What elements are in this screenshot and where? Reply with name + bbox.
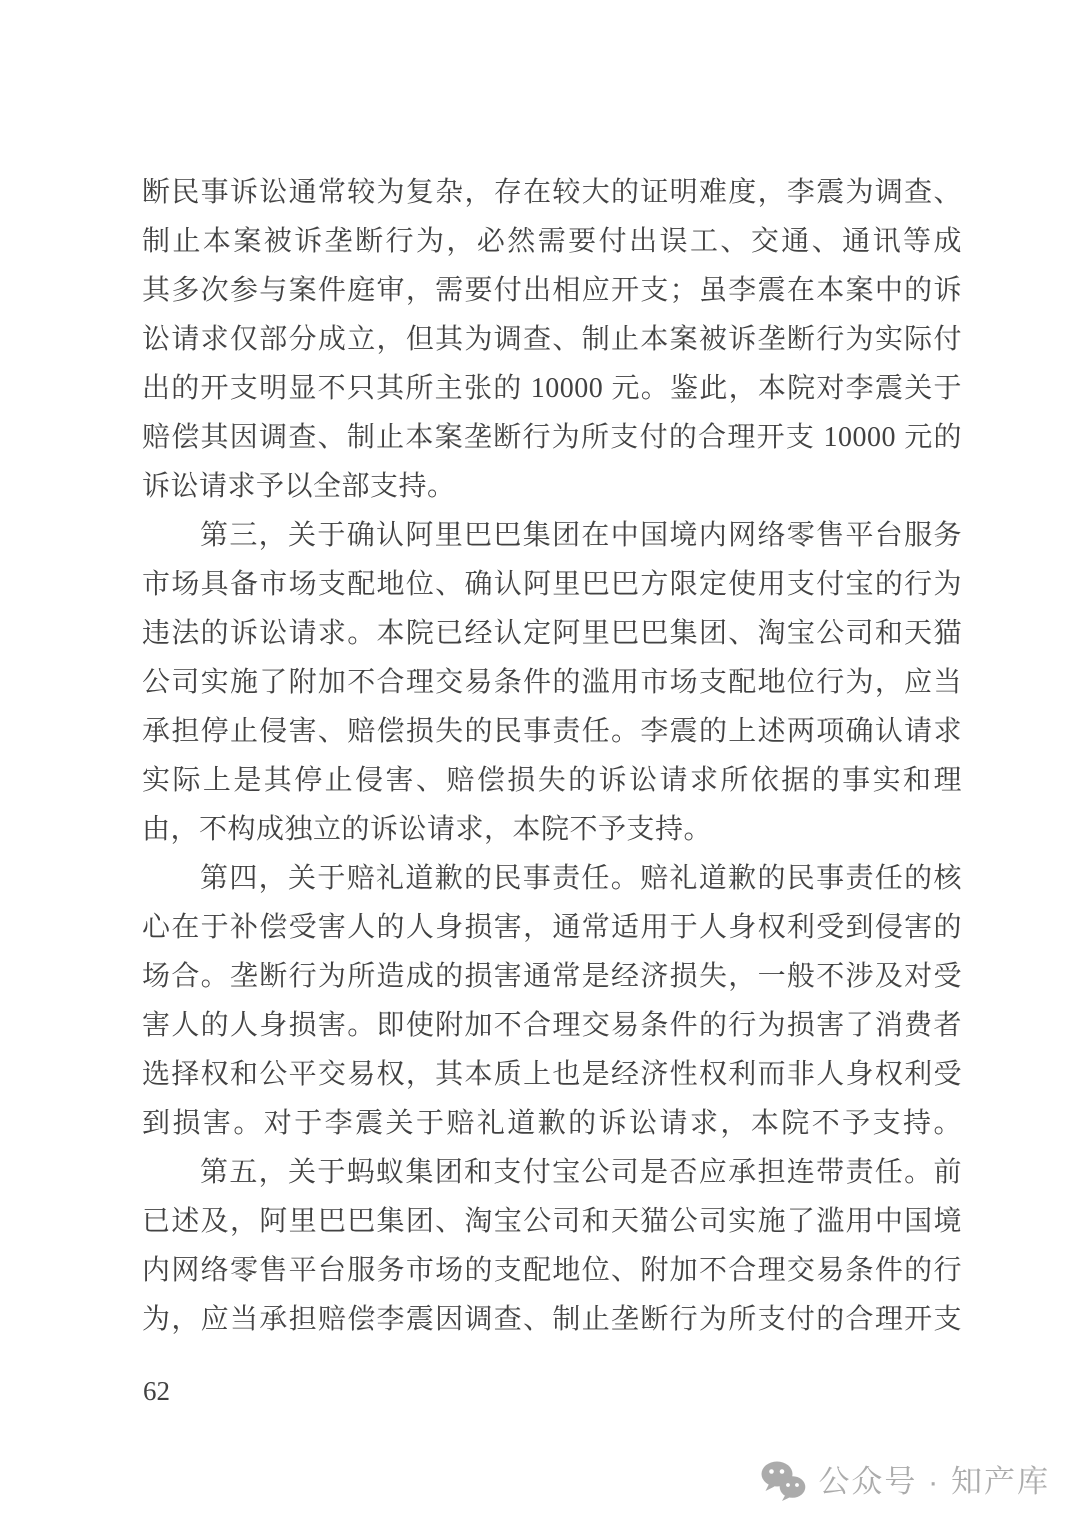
- page-number: 62: [143, 1375, 170, 1407]
- text-line: 为，应当承担赔偿李震因调查、制止垄断行为所支付的合理开支: [142, 1295, 962, 1344]
- document-page: 断民事诉讼通常较为复杂，存在较大的证明难度，李震为调查、 制止本案被诉垄断行为，…: [0, 0, 1080, 1527]
- text-line: 第四，关于赔礼道歉的民事责任。赔礼道歉的民事责任的核: [142, 854, 962, 903]
- text-line: 已述及，阿里巴巴集团、淘宝公司和天猫公司实施了滥用中国境: [142, 1197, 962, 1246]
- text-line: 内网络零售平台服务市场的支配地位、附加不合理交易条件的行: [142, 1246, 962, 1295]
- paragraph-continuation: 断民事诉讼通常较为复杂，存在较大的证明难度，李震为调查、 制止本案被诉垄断行为，…: [142, 168, 962, 511]
- text-line: 市场具备市场支配地位、确认阿里巴巴方限定使用支付宝的行为: [142, 560, 962, 609]
- text-line: 断民事诉讼通常较为复杂，存在较大的证明难度，李震为调查、: [142, 168, 962, 217]
- paragraph-fourth-point: 第四，关于赔礼道歉的民事责任。赔礼道歉的民事责任的核 心在于补偿受害人的人身损害…: [142, 854, 962, 1148]
- text-line: 选择权和公平交易权，其本质上也是经济性权利而非人身权利受: [142, 1050, 962, 1099]
- text-line: 公司实施了附加不合理交易条件的滥用市场支配地位行为，应当: [142, 658, 962, 707]
- text-line: 违法的诉讼请求。本院已经认定阿里巴巴集团、淘宝公司和天猫: [142, 609, 962, 658]
- text-line: 到损害。对于李震关于赔礼道歉的诉讼请求，本院不予支持。: [142, 1099, 962, 1148]
- text-line: 心在于补偿受害人的人身损害，通常适用于人身权利受到侵害的: [142, 903, 962, 952]
- text-line: 承担停止侵害、赔偿损失的民事责任。李震的上述两项确认请求: [142, 707, 962, 756]
- text-line: 第三，关于确认阿里巴巴集团在中国境内网络零售平台服务: [142, 511, 962, 560]
- text-line: 场合。垄断行为所造成的损害通常是经济损失，一般不涉及对受: [142, 952, 962, 1001]
- paragraph-third-point: 第三，关于确认阿里巴巴集团在中国境内网络零售平台服务 市场具备市场支配地位、确认…: [142, 511, 962, 854]
- text-line: 由，不构成独立的诉讼请求，本院不予支持。: [142, 805, 962, 854]
- text-line: 害人的人身损害。即使附加不合理交易条件的行为损害了消费者: [142, 1001, 962, 1050]
- text-line: 实际上是其停止侵害、赔偿损失的诉讼请求所依据的事实和理: [142, 756, 962, 805]
- text-line: 其多次参与案件庭审，需要付出相应开支；虽李震在本案中的诉: [142, 266, 962, 315]
- paragraph-fifth-point: 第五，关于蚂蚁集团和支付宝公司是否应承担连带责任。前 已述及，阿里巴巴集团、淘宝…: [142, 1148, 962, 1344]
- text-line: 讼请求仅部分成立，但其为调查、制止本案被诉垄断行为实际付: [142, 315, 962, 364]
- text-line: 制止本案被诉垄断行为，必然需要付出误工、交通、通讯等成本；: [142, 217, 962, 266]
- text-line: 诉讼请求予以全部支持。: [142, 462, 962, 511]
- watermark-text: 公众号 · 知产库: [818, 1466, 1050, 1497]
- text-line: 出的开支明显不只其所主张的 10000 元。鉴此，本院对李震关于: [142, 364, 962, 413]
- text-line: 第五，关于蚂蚁集团和支付宝公司是否应承担连带责任。前: [142, 1148, 962, 1197]
- text-line: 赔偿其因调查、制止本案垄断行为所支付的合理开支 10000 元的: [142, 413, 962, 462]
- watermark: 公众号 · 知产库: [760, 1460, 1050, 1502]
- wechat-icon: [760, 1460, 806, 1502]
- judgment-text-block: 断民事诉讼通常较为复杂，存在较大的证明难度，李震为调查、 制止本案被诉垄断行为，…: [142, 168, 962, 1344]
